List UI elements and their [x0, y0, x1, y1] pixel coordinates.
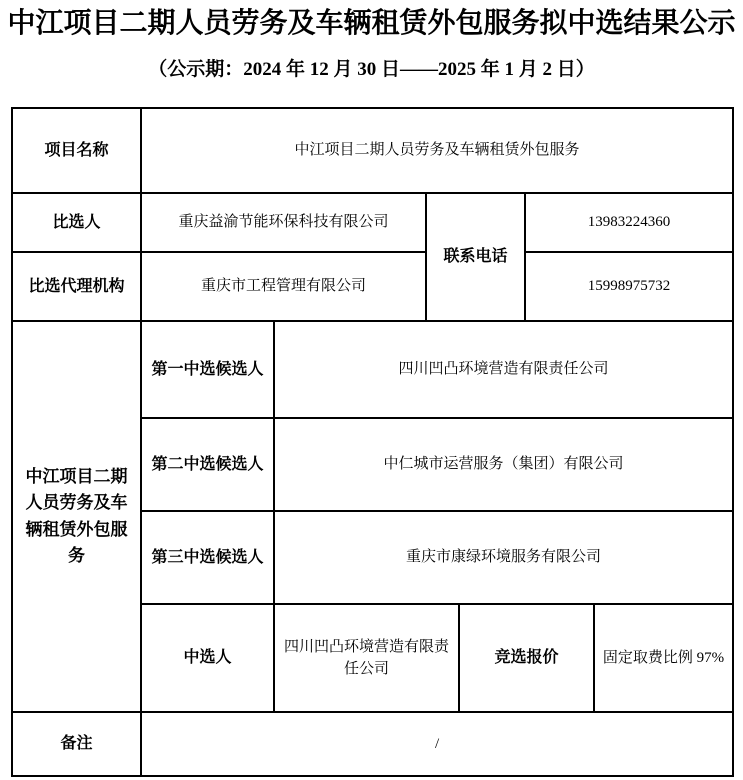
announcement-page: 中江项目二期人员劳务及车辆租赁外包服务拟中选结果公示 （公示期：2024 年 1… — [0, 0, 743, 780]
table-row: 比选代理机构 重庆市工程管理有限公司 15998975732 — [12, 252, 733, 321]
table-row: 中江项目二期人员劳务及车辆租赁外包服务 第一中选候选人 四川凹凸环境营造有限责任… — [12, 321, 733, 418]
table-row: 备注 / — [12, 712, 733, 776]
table-row: 项目名称 中江项目二期人员劳务及车辆租赁外包服务 — [12, 108, 733, 193]
selector-phone: 13983224360 — [525, 193, 733, 252]
selector-value: 重庆益渝节能环保科技有限公司 — [141, 193, 426, 252]
result-table: 项目名称 中江项目二期人员劳务及车辆租赁外包服务 比选人 重庆益渝节能环保科技有… — [11, 107, 734, 777]
publicity-period: （公示期：2024 年 12 月 30 日——2025 年 1 月 2 日） — [0, 54, 743, 81]
bid-price-label: 竞选报价 — [459, 604, 594, 712]
remark-label: 备注 — [12, 712, 141, 776]
candidate-3-value: 重庆市康绿环境服务有限公司 — [274, 511, 733, 604]
candidate-3-label: 第三中选候选人 — [141, 511, 274, 604]
candidate-2-value: 中仁城市运营服务（集团）有限公司 — [274, 418, 733, 511]
table-row: 比选人 重庆益渝节能环保科技有限公司 联系电话 13983224360 — [12, 193, 733, 252]
winner-value: 四川凹凸环境营造有限责任公司 — [274, 604, 459, 712]
winner-label: 中选人 — [141, 604, 274, 712]
candidate-2-label: 第二中选候选人 — [141, 418, 274, 511]
contact-phone-label: 联系电话 — [426, 193, 525, 321]
remark-value: / — [141, 712, 733, 776]
project-name-value: 中江项目二期人员劳务及车辆租赁外包服务 — [141, 108, 733, 193]
project-section-label: 中江项目二期人员劳务及车辆租赁外包服务 — [12, 321, 141, 712]
page-title: 中江项目二期人员劳务及车辆租赁外包服务拟中选结果公示 — [4, 6, 739, 41]
candidate-1-value: 四川凹凸环境营造有限责任公司 — [274, 321, 733, 418]
selector-label: 比选人 — [12, 193, 141, 252]
agency-label: 比选代理机构 — [12, 252, 141, 321]
bid-price-value: 固定取费比例 97% — [594, 604, 733, 712]
project-name-label: 项目名称 — [12, 108, 141, 193]
candidate-1-label: 第一中选候选人 — [141, 321, 274, 418]
agency-phone: 15998975732 — [525, 252, 733, 321]
agency-value: 重庆市工程管理有限公司 — [141, 252, 426, 321]
